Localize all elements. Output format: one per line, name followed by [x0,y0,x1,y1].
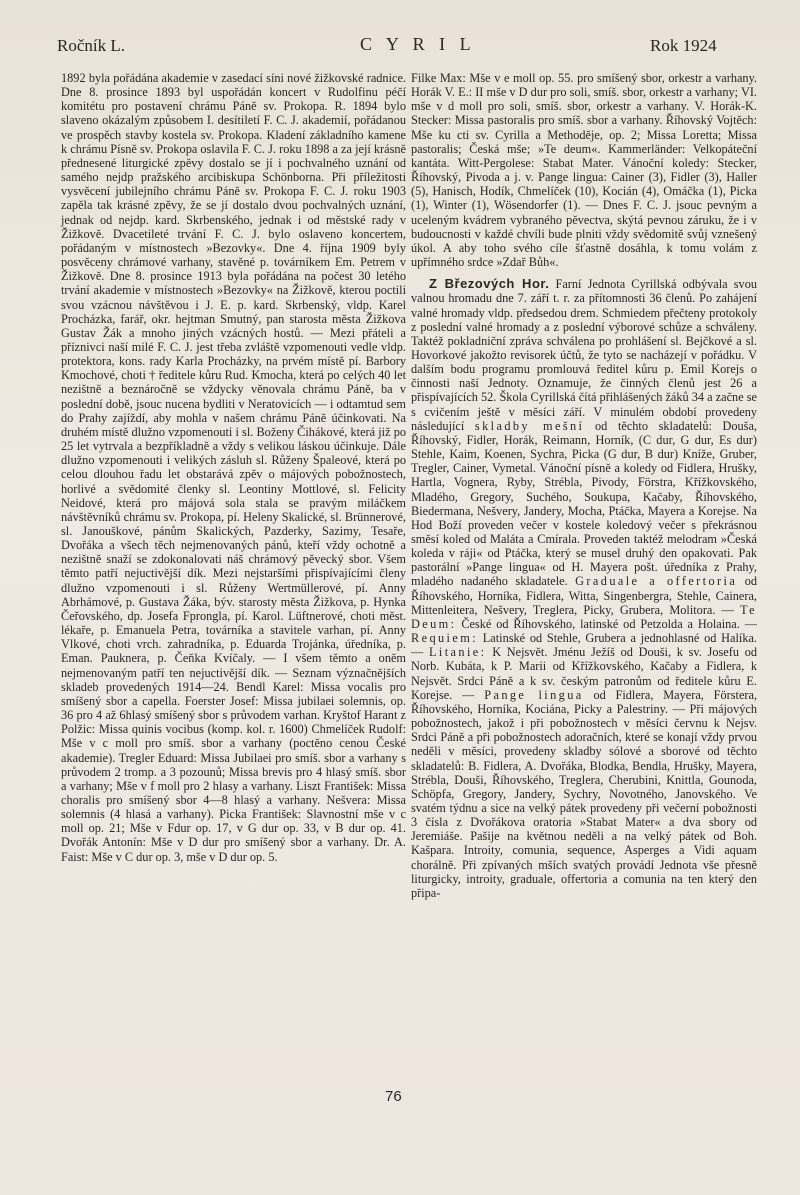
section-heading: Z Březových Hor. [429,276,549,291]
year-label: Rok 1924 [650,36,717,56]
spaced-emphasis: Litanie: [429,645,486,659]
spaced-emphasis: Requiem: [411,631,478,645]
magazine-page: Ročník L. C Y R I L Rok 1924 1892 byla p… [0,0,800,1195]
volume-label: Ročník L. [57,36,125,56]
body-text: Farní Jednota Cyrillská odbývala svou va… [411,277,757,433]
body-paragraph: 1892 byla pořádána akademie v zasedací s… [61,71,406,864]
section-paragraph: Z Březových Hor. Farní Jednota Cyrillská… [411,277,757,900]
spaced-emphasis: Pange lingua [484,688,583,702]
body-text: České od Říhovského, latinské od Petzold… [461,617,757,631]
running-header: Ročník L. C Y R I L Rok 1924 [0,30,800,60]
spaced-emphasis: skladby mešní [475,419,584,433]
body-paragraph: Filke Max: Mše v e moll op. 55. pro smíš… [411,71,757,269]
body-text: od Fidlera, Mayera, Förstera, Říhovského… [411,688,757,900]
page-number: 76 [385,1088,402,1105]
right-column: Filke Max: Mše v e moll op. 55. pro smíš… [411,71,757,900]
spaced-emphasis: Graduale a offertoria [575,574,737,588]
body-text: od těchto skladatelů: Douša, Říhovský, F… [411,419,757,589]
journal-title: C Y R I L [360,34,476,55]
left-column: 1892 byla pořádána akademie v zasedací s… [61,71,406,864]
